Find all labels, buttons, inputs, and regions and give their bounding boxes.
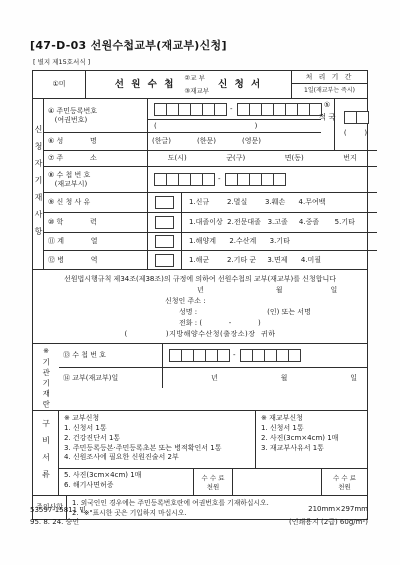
answer-box	[155, 216, 174, 229]
documents-content: ※ 교부신청 1. 신청서 1통 2. 건강진단서 1통 3. 주민등록등본·주…	[59, 411, 367, 495]
agency-book-number-dash: -	[233, 351, 236, 360]
application-form-table: ①미 선 원 수 첩 ②교 부 ③재교부 신 청 서 처 리 기 간 1일(재교…	[32, 70, 368, 520]
military-options: 1.해군 2.기타 군 3.면제 4.미필	[189, 256, 321, 265]
applicant-fields: ④ 주민등록번호 (여권번호) -	[44, 99, 377, 269]
applicant-section-label: 신청자기재사항	[33, 125, 43, 244]
military-label: ⑫ 병 역	[48, 256, 147, 265]
agency-book-number-boxes-back	[240, 349, 300, 362]
processing-time-label: 처 리 기 간	[292, 71, 367, 84]
address-hint-gun: 군(구)	[226, 154, 245, 163]
name-hint-english: (영문)	[242, 137, 261, 146]
digit-box	[273, 173, 286, 186]
applicant-section: 신청자기재사항 ④ 주민등록번호 (여권번호)	[33, 99, 367, 270]
name-row: ⑥ 성 명 (한글) (한문) (영문)	[44, 133, 321, 150]
applicant-address-line: 신청인 주소 :	[37, 297, 363, 306]
reissue-doc-item: 1. 신청서 1통	[261, 424, 362, 433]
required-documents-section: 구비서류 ※ 교부신청 1. 신청서 1통 2. 건강진단서 1통 3. 주민등…	[33, 411, 367, 496]
track-row: ⑪ 계 열 1.해양계 2.수산계 3.기타	[44, 233, 377, 251]
nationality-cell: ⑤ 국적 ( )	[321, 99, 377, 150]
form-code-cell: ①미	[33, 71, 86, 98]
nationality-paren: ( )	[344, 129, 367, 138]
resident-number-label: ④ 주민등록번호	[48, 107, 147, 116]
form-code-footer: 53597-15811 민	[30, 505, 86, 515]
education-answer-cell	[148, 213, 182, 232]
education-row: ⑩ 학 력 1.대졸이상 2.전문대졸 3.고졸 4.중졸 5.기타	[44, 213, 377, 233]
education-label: ⑩ 학 력	[48, 218, 147, 227]
book-number-sublabel: (재교부시)	[48, 180, 147, 189]
name-label: ⑥ 성 명	[48, 137, 147, 146]
documents-upper-area: ※ 교부신청 1. 신청서 1통 2. 건강진단서 1통 3. 주민등록등본·주…	[59, 411, 367, 469]
track-options-area: 1.해양계 2.수산계 3.기타	[182, 233, 377, 250]
education-options: 1.대졸이상 2.전문대졸 3.고졸 4.중졸 5.기타	[189, 218, 355, 227]
month-label: 월	[276, 286, 283, 294]
issue-doc-item: 3. 주민등록등본·주민등록초본 또는 병적확인서 1통	[64, 444, 250, 453]
address-value-area: 도(시) 군(구) 면(동) 번지	[148, 151, 377, 166]
agency-section: ※ 기관기재란 ⑬ 수 첩 번 호 -	[33, 344, 367, 411]
day-label: 일	[350, 374, 357, 383]
agency-issue-date-value: 년 월 일	[163, 368, 367, 388]
fee-amount: 천원	[207, 483, 220, 491]
issue-fee-cell: 수 수 료 천원	[194, 469, 233, 495]
name-value-area: (한글) (한문) (영문)	[148, 133, 321, 150]
reason-label-cell: ⑨ 신 청 사 유	[44, 193, 148, 212]
agency-book-number-boxes-line: -	[163, 344, 300, 367]
name-label-cell: ⑥ 성 명	[44, 133, 148, 150]
issue-doc-item: 2. 건강진단서 1통	[64, 434, 250, 443]
military-service-row: ⑫ 병 역 1.해군 2.기타 군 3.면제 4.미필	[44, 251, 377, 269]
reissue-fee-cell: 수 수 료 천원	[322, 469, 367, 495]
applicant-name-line: 성명 :(인) 또는 서명	[37, 308, 363, 317]
fee-amount: 천원	[338, 483, 351, 491]
track-options: 1.해양계 2.수산계 3.기타	[189, 237, 290, 246]
reason-label: ⑨ 신 청 사 유	[48, 198, 147, 207]
declaration-date-line: 년월일	[37, 286, 363, 295]
address-label: ⑦ 주 소	[48, 154, 147, 163]
documents-section-label: 구비서류	[41, 419, 51, 487]
issue-doc-item: 1. 신청서 1통	[64, 424, 250, 433]
form-note: [ 별지 제15호서식 ]	[33, 57, 90, 66]
address-label-cell: ⑦ 주 소	[44, 151, 148, 166]
resident-number-boxes-line: -	[148, 99, 321, 119]
agency-section-label-cell: ※ 기관기재란	[33, 344, 59, 410]
issue-type-options: ②교 부 ③재교부	[184, 74, 209, 94]
year-label: 년	[211, 374, 218, 383]
address-row: ⑦ 주 소 도(시) 군(구) 면(동) 번지	[44, 151, 377, 167]
passport-number-sublabel: (여권번호)	[48, 116, 147, 125]
military-answer-cell	[148, 251, 182, 269]
reason-answer-cell	[148, 193, 182, 212]
book-number-boxes-front	[154, 173, 214, 186]
address-hint-do: 도(시)	[168, 154, 187, 163]
agency-book-number-label: ⑬ 수 첩 번 호	[63, 351, 162, 360]
agency-section-label: 기관기재란	[41, 358, 50, 411]
month-label: 월	[281, 374, 288, 383]
issue-documents-header: ※ 교부신청	[64, 414, 250, 423]
phone-line: 전화 : ( - )	[37, 319, 363, 328]
agency-issue-date-label-cell: ⑭ 교부(재교부)일	[59, 368, 163, 388]
form-header-row: ①미 선 원 수 첩 ②교 부 ③재교부 신 청 서 처 리 기 간 1일(재교…	[33, 71, 367, 99]
book-number-label-cell: ⑧ 수 첩 번 호 (재교부시)	[44, 167, 148, 192]
answer-box	[155, 254, 174, 267]
nationality-boxes	[344, 111, 368, 124]
reissue-documents-header: ※ 재교부신청	[261, 414, 362, 423]
agency-issue-date-label: ⑭ 교부(재교부)일	[63, 374, 162, 383]
name-line-label: 성명 :	[179, 308, 197, 316]
documents-section-label-cell: 구비서류	[33, 411, 59, 495]
address-hint-myeon: 면(동)	[285, 154, 304, 163]
book-number-row: ⑧ 수 첩 번 호 (재교부시) -	[44, 167, 377, 193]
processing-time-cell: 처 리 기 간 1일(재교부는 즉시)	[292, 71, 367, 98]
agency-section-mark: ※	[43, 347, 49, 356]
passport-number-line: ( )	[148, 119, 321, 132]
seal-or-signature-note: (인) 또는 서명	[267, 308, 311, 316]
nationality-value-area: ( )	[335, 99, 377, 150]
answer-box	[155, 235, 174, 248]
book-number-dash: -	[218, 175, 221, 184]
resident-number-name-left: ④ 주민등록번호 (여권번호) -	[44, 99, 321, 150]
reissue-option: ③재교부	[184, 87, 209, 95]
year-label: 년	[197, 286, 204, 294]
military-label-cell: ⑫ 병 역	[44, 251, 148, 269]
issue-option: ②교 부	[184, 74, 209, 82]
track-answer-cell	[148, 233, 182, 250]
agency-fields: ⑬ 수 첩 번 호 - ⑭ 교부(재교부)일	[59, 344, 367, 410]
reason-options: 1.신규 2.멸실 3.훼손 4.무여백	[189, 198, 326, 207]
agency-issue-date-row: ⑭ 교부(재교부)일 년 월 일	[59, 368, 367, 388]
digit-box	[288, 349, 301, 362]
paper-size: 210mm×297mm	[308, 505, 368, 513]
paper-spec: (인쇄용지 (2급) 60g/m²)	[289, 517, 368, 527]
education-options-area: 1.대졸이상 2.전문대졸 3.고졸 4.중졸 5.기타	[182, 213, 377, 232]
declaration-statement: 선원법시행규칙 제34조(제38조)의 규정에 의하여 선원수첩의 교부(재교부…	[37, 275, 363, 284]
name-hint-hanja: (한문)	[197, 137, 216, 146]
resident-number-and-name-rows: ④ 주민등록번호 (여권번호) -	[44, 99, 377, 151]
applicant-section-label-cell: 신청자기재사항	[33, 99, 44, 269]
document-title: [47-D-03 선원수첩교부(재교부)신청]	[30, 37, 227, 53]
military-options-area: 1.해군 2.기타 군 3.면제 4.미필	[182, 251, 377, 269]
fee-blank-cell	[233, 469, 322, 495]
fee-label: 수 수 료	[202, 474, 225, 482]
reissue-doc-item: 3. 재교부사유서 1통	[261, 444, 362, 453]
reason-options-area: 1.신규 2.멸실 3.훼손 4.무여백	[182, 193, 377, 212]
resident-number-boxes-back	[237, 103, 321, 116]
day-label: 일	[331, 286, 338, 294]
digit-box	[356, 111, 369, 124]
application-reason-row: ⑨ 신 청 사 유 1.신규 2.멸실 3.훼손 4.무여백	[44, 193, 377, 213]
education-label-cell: ⑩ 학 력	[44, 213, 148, 232]
nationality-label-strip: ⑤ 국적	[321, 99, 335, 150]
issue-documents-column: ※ 교부신청 1. 신청서 1통 2. 건강진단서 1통 3. 주민등록등본·주…	[59, 411, 256, 468]
agency-book-number-boxes-front	[169, 349, 229, 362]
resident-number-dash: -	[230, 105, 233, 114]
digit-box	[202, 173, 215, 186]
resident-number-boxes-front	[154, 103, 226, 116]
form-name-right: 신 청 서	[218, 79, 262, 91]
book-number-label: ⑧ 수 첩 번 호	[48, 171, 147, 180]
form-name-left: 선 원 수 첩	[115, 79, 176, 91]
declaration-block: 선원법시행규칙 제34조(제38조)의 규정에 의하여 선원수첩의 교부(재교부…	[33, 270, 367, 344]
issue-doc-item: 4. 신원조사에 필요한 신원진술서 2부	[64, 453, 250, 462]
issue-doc-item: 5. 사진(3cm×4cm) 1매	[64, 471, 188, 480]
track-label: ⑪ 계 열	[48, 237, 147, 246]
processing-time-value: 1일(재교부는 즉시)	[292, 84, 367, 98]
fee-label: 수 수 료	[333, 474, 356, 482]
approval-date: 95. 8. 24. 승인	[30, 517, 79, 527]
resident-number-row: ④ 주민등록번호 (여권번호) -	[44, 99, 321, 133]
answer-box	[155, 196, 174, 209]
scanned-form-page: [47-D-03 선원수첩교부(재교부)신청] [ 별지 제15호서식 ] ①미…	[0, 0, 400, 565]
nationality-number: ⑤	[324, 101, 330, 110]
address-hint-beonji: 번지	[343, 154, 357, 163]
reissue-doc-item: 2. 사진(3cm×4cm) 1매	[261, 434, 362, 443]
book-number-boxes-line: -	[148, 167, 285, 192]
name-hint-hangul: (한글)	[152, 137, 171, 146]
agency-book-number-row: ⑬ 수 첩 번 호 -	[59, 344, 367, 368]
digit-box	[217, 349, 230, 362]
recipient-line: ( )지방해양수산청(출장소)장 귀하	[37, 330, 363, 339]
fee-row: 5. 사진(3cm×4cm) 1매 6. 해기사면허증 수 수 료 천원 수 수…	[59, 469, 367, 495]
book-number-boxes-back	[225, 173, 285, 186]
issue-doc-item: 6. 해기사면허증	[64, 481, 188, 490]
reissue-documents-column: ※ 재교부신청 1. 신청서 1통 2. 사진(3cm×4cm) 1매 3. 재…	[256, 411, 367, 468]
fee-doc-items-cell: 5. 사진(3cm×4cm) 1매 6. 해기사면허증	[59, 469, 194, 495]
passport-number-paren: ( )	[154, 122, 257, 131]
resident-number-label-cell: ④ 주민등록번호 (여권번호)	[44, 99, 148, 132]
agency-book-number-label-cell: ⑬ 수 첩 번 호	[59, 344, 163, 367]
resident-number-value-area: - ( )	[148, 99, 321, 132]
track-label-cell: ⑪ 계 열	[44, 233, 148, 250]
digit-box	[214, 103, 227, 116]
form-title-cell: 선 원 수 첩 ②교 부 ③재교부 신 청 서	[86, 71, 292, 98]
